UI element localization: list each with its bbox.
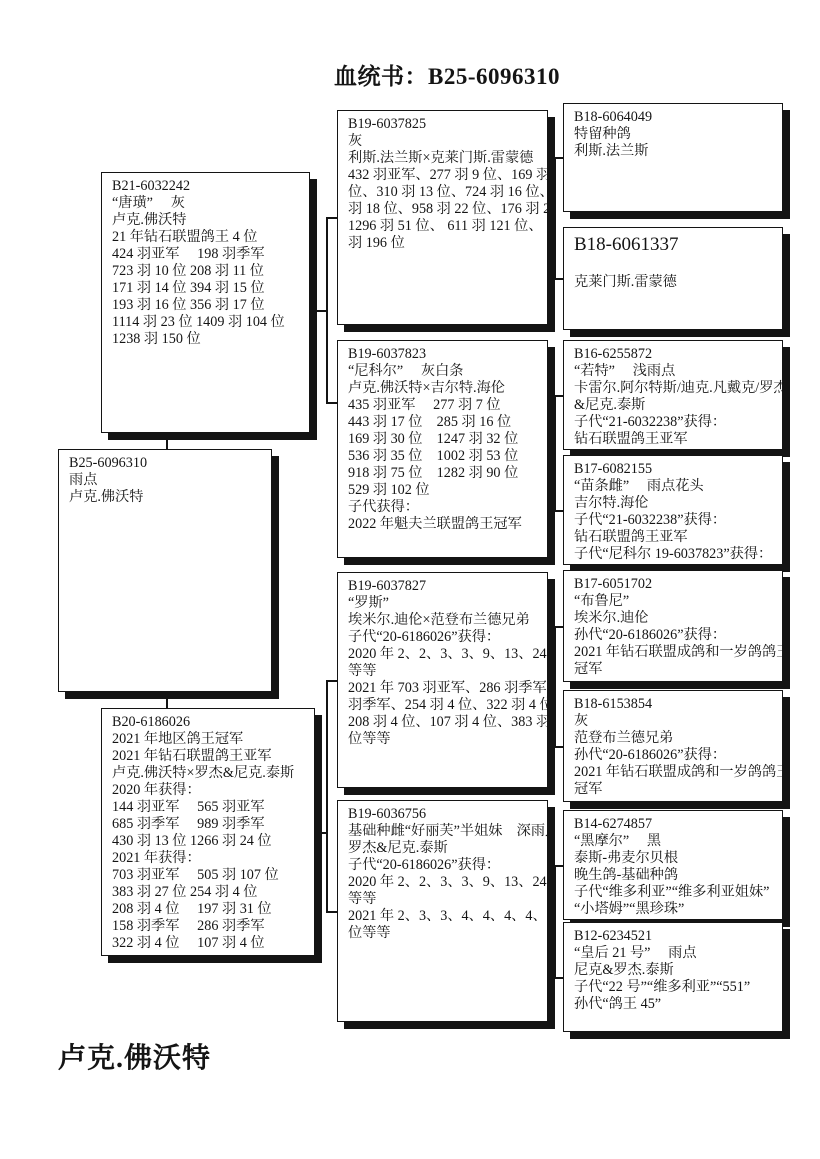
- connector-stub-sire-sire: [326, 217, 338, 219]
- box-line: 特留种鸽: [574, 126, 774, 143]
- connector-bracket-dam-side: [326, 680, 328, 913]
- ring-number: B20-6186026: [112, 714, 306, 731]
- pedigree-box-ggp6: B18-6153854灰范登布兰德兄弟孙代“20-6186026”获得：2021…: [563, 690, 783, 802]
- connector-bracket-ggp34: [554, 395, 556, 512]
- box-line: 144 羽亚军 565 羽亚军: [112, 799, 306, 816]
- ring-number: B25-6096310: [69, 455, 263, 472]
- box-line: 193 羽 16 位 356 羽 17 位: [112, 297, 301, 314]
- box-line: “若特” 浅雨点: [574, 363, 774, 380]
- box-line: 918 羽 75 位 1282 羽 90 位: [348, 465, 539, 482]
- pedigree-box-dam-dam: B19-6036756基础种雌“好丽芙”半姐妹 深雨点罗杰&尼克.泰斯子代“20…: [337, 800, 548, 1022]
- pedigree-box-ggp7: B14-6274857“黑摩尔” 黑泰斯-弗麦尔贝根晚生鸽-基础种鸽子代“维多利…: [563, 810, 783, 920]
- pedigree-box-dam: B20-61860262021 年地区鸽王冠军2021 年钻石联盟鸽王亚军卢克.…: [101, 708, 315, 956]
- box-line: 埃米尔.迪伦: [574, 610, 774, 627]
- box-line: 子代“22 号”“维多利亚”“551”: [574, 979, 774, 996]
- box-line: “苗条雌” 雨点花头: [574, 478, 774, 495]
- box-line: 158 羽季军 286 羽季军: [112, 918, 306, 935]
- box-line: [574, 257, 774, 274]
- box-line: 536 羽 35 位 1002 羽 53 位: [348, 448, 539, 465]
- pedigree-box-sire-sire: B19-6037825灰利斯.法兰斯×克莱门斯.雷蒙德432 羽亚军、277 羽…: [337, 110, 548, 325]
- box-line: 2021 年钻石联盟成鸽和一岁鸽鸽王: [574, 644, 774, 661]
- connector-stub-ggp4: [554, 510, 564, 512]
- connector-stub-ggp8: [554, 977, 564, 979]
- box-line: 基础种雌“好丽芙”半姐妹 深雨点: [348, 823, 539, 840]
- box-line: 430 羽 13 位 1266 羽 24 位: [112, 833, 306, 850]
- box-line: 利斯.法兰斯: [574, 143, 774, 160]
- box-line: 雨点: [69, 472, 263, 489]
- box-line: 2021 年钻石联盟成鸽和一岁鸽鸽王: [574, 764, 774, 781]
- ring-number: B18-6061337: [574, 233, 774, 257]
- connector-bracket-ggp78: [554, 865, 556, 979]
- box-line: 位等等: [348, 731, 539, 748]
- box-line: “尼科尔” 灰白条: [348, 363, 539, 380]
- box-line: 2020 年获得：: [112, 782, 306, 799]
- box-line: 723 羽 10 位 208 羽 11 位: [112, 263, 301, 280]
- box-line: 685 羽季军 989 羽季军: [112, 816, 306, 833]
- pedigree-box-sire: B21-6032242“唐璜” 灰卢克.佛沃特21 年钻石联盟鸽王 4 位424…: [101, 172, 310, 433]
- pedigree-box-ggp5: B17-6051702“布鲁尼”埃米尔.迪伦孙代“20-6186026”获得：2…: [563, 570, 783, 682]
- pedigree-box-ggp4: B17-6082155“苗条雌” 雨点花头吉尔特.海伦子代“21-6032238…: [563, 455, 783, 565]
- box-line: 利斯.法兰斯×克莱门斯.雷蒙德: [348, 150, 539, 167]
- box-line: “皇后 21 号” 雨点: [574, 945, 774, 962]
- box-line: 2022 年魁夫兰联盟鸽王冠军: [348, 516, 539, 533]
- box-line: 钻石联盟鸽王亚军: [574, 529, 774, 546]
- box-line: 529 羽 102 位: [348, 482, 539, 499]
- ring-number: B18-6153854: [574, 696, 774, 713]
- box-line: 卢克.佛沃特×罗杰&尼克.泰斯: [112, 765, 306, 782]
- box-line: 169 羽 30 位 1247 羽 32 位: [348, 431, 539, 448]
- ring-number: B21-6032242: [112, 178, 301, 195]
- connector-bracket-ggp12: [554, 157, 556, 280]
- box-line: 子代“尼科尔 19-6037823”获得：: [574, 546, 774, 563]
- connector-stub-ggp6: [554, 746, 564, 748]
- box-line: “布鲁尼”: [574, 593, 774, 610]
- box-line: 子代“21-6032238”获得：: [574, 512, 774, 529]
- box-line: 灰: [348, 133, 539, 150]
- pedigree-box-dam-sire: B19-6037827“罗斯”埃米尔.迪伦×范登布兰德兄弟子代“20-61860…: [337, 572, 548, 788]
- box-line: 克莱门斯.雷蒙德: [574, 274, 774, 291]
- connector-stub-ggp7: [554, 865, 564, 867]
- box-line: 2020 年 2、2、3、3、9、13、24 位: [348, 874, 539, 891]
- connector-stub-sire-dam: [326, 402, 338, 404]
- connector-stub-dam-sire: [326, 680, 338, 682]
- box-line: 432 羽亚军、277 羽 9 位、169 羽 11: [348, 167, 539, 184]
- pedigree-box-ggp8: B12-6234521“皇后 21 号” 雨点尼克&罗杰.泰斯子代“22 号”“…: [563, 922, 783, 1032]
- box-line: 罗杰&尼克.泰斯: [348, 840, 539, 857]
- pedigree-box-subject: B25-6096310雨点卢克.佛沃特: [58, 449, 272, 692]
- box-line: 443 羽 17 位 285 羽 16 位: [348, 414, 539, 431]
- box-line: 等等: [348, 663, 539, 680]
- box-line: 泰斯-弗麦尔贝根: [574, 850, 774, 867]
- box-line: 冠军: [574, 781, 774, 798]
- connector-subject-dam: [166, 691, 168, 709]
- box-line: 2020 年 2、2、3、3、9、13、24 位: [348, 646, 539, 663]
- box-line: 羽 196 位: [348, 235, 539, 252]
- box-line: 卢克.佛沃特×吉尔特.海伦: [348, 380, 539, 397]
- ring-number: B16-6255872: [574, 346, 774, 363]
- ring-number: B17-6051702: [574, 576, 774, 593]
- box-line: 424 羽亚军 198 羽季军: [112, 246, 301, 263]
- box-line: 208 羽 4 位、107 羽 4 位、383 羽 27: [348, 714, 539, 731]
- box-line: 钻石联盟鸽王亚军: [574, 431, 774, 448]
- box-line: “黑摩尔” 黑: [574, 833, 774, 850]
- ring-number: B19-6036756: [348, 806, 539, 823]
- box-line: 子代“20-6186026”获得：: [348, 857, 539, 874]
- box-line: 埃米尔.迪伦×范登布兰德兄弟: [348, 612, 539, 629]
- ring-number: B14-6274857: [574, 816, 774, 833]
- pedigree-box-ggp2: B18-6061337 克莱门斯.雷蒙德: [563, 227, 783, 330]
- box-line: 灰: [574, 713, 774, 730]
- box-line: 2021 年钻石联盟鸽王亚军: [112, 748, 306, 765]
- box-line: 羽 18 位、958 羽 22 位、176 羽 23 位、: [348, 201, 539, 218]
- box-line: 晚生鸽-基础种鸽: [574, 867, 774, 884]
- box-line: 冠军: [574, 661, 774, 678]
- ring-number: B19-6037825: [348, 116, 539, 133]
- box-line: 171 羽 14 位 394 羽 15 位: [112, 280, 301, 297]
- ring-number: B19-6037823: [348, 346, 539, 363]
- pedigree-box-ggp3: B16-6255872“若特” 浅雨点卡雷尔.阿尔特斯/迪克.凡戴克/罗杰&尼克…: [563, 340, 783, 450]
- box-line: 322 羽 4 位 107 羽 4 位: [112, 935, 306, 952]
- pedigree-box-ggp1: B18-6064049特留种鸽利斯.法兰斯: [563, 103, 783, 212]
- box-line: 2021 年 703 羽亚军、286 羽季军、158: [348, 680, 539, 697]
- box-line: “小塔姆”“黑珍珠”: [574, 901, 774, 918]
- box-line: 2021 年 2、3、3、4、4、4、4、27: [348, 908, 539, 925]
- box-line: 孙代“鸽王 45”: [574, 996, 774, 1013]
- ring-number: B17-6082155: [574, 461, 774, 478]
- box-line: 尼克&罗杰.泰斯: [574, 962, 774, 979]
- box-line: 卢克.佛沃特: [69, 489, 263, 506]
- ring-number: B12-6234521: [574, 928, 774, 945]
- box-line: &尼克.泰斯: [574, 397, 774, 414]
- box-line: 羽季军、254 羽 4 位、322 羽 4 位、: [348, 697, 539, 714]
- box-line: 吉尔特.海伦: [574, 495, 774, 512]
- box-line: 1114 羽 23 位 1409 羽 104 位: [112, 314, 301, 331]
- box-line: “罗斯”: [348, 595, 539, 612]
- box-line: 卡雷尔.阿尔特斯/迪克.凡戴克/罗杰: [574, 380, 774, 397]
- box-line: 2021 年获得：: [112, 850, 306, 867]
- connector-stub-ggp5: [554, 626, 564, 628]
- pedigree-page: 血统书：B25-6096310 B21-6032242“唐璜” 灰卢克.佛沃特2…: [0, 0, 820, 1159]
- box-line: 21 年钻石联盟鸽王 4 位: [112, 229, 301, 246]
- connector-stub-ggp1: [554, 157, 564, 159]
- connector-stub-ggp2: [554, 278, 564, 280]
- connector-stub-dam-dam: [326, 911, 338, 913]
- box-line: 1296 羽 51 位、 611 羽 121 位、 1274: [348, 218, 539, 235]
- ring-number: B19-6037827: [348, 578, 539, 595]
- pedigree-box-sire-dam: B19-6037823“尼科尔” 灰白条卢克.佛沃特×吉尔特.海伦435 羽亚军…: [337, 340, 548, 558]
- box-line: 等等: [348, 891, 539, 908]
- box-line: 子代“维多利亚”“维多利亚姐妹”: [574, 884, 774, 901]
- box-line: 孙代“20-6186026”获得：: [574, 747, 774, 764]
- ring-number: B18-6064049: [574, 109, 774, 126]
- box-line: 卢克.佛沃特: [112, 212, 301, 229]
- box-line: 范登布兰德兄弟: [574, 730, 774, 747]
- connector-sire-subject: [166, 433, 168, 450]
- box-line: 383 羽 27 位 254 羽 4 位: [112, 884, 306, 901]
- box-line: 208 羽 4 位 197 羽 31 位: [112, 901, 306, 918]
- box-line: 1238 羽 150 位: [112, 331, 301, 348]
- box-line: 位等等: [348, 925, 539, 942]
- document-title: 血统书：B25-6096310: [334, 58, 560, 91]
- box-line: “唐璜” 灰: [112, 195, 301, 212]
- box-line: 子代获得：: [348, 499, 539, 516]
- box-line: 2021 年地区鸽王冠军: [112, 731, 306, 748]
- box-line: 子代“21-6032238”获得：: [574, 414, 774, 431]
- box-line: 703 羽亚军 505 羽 107 位: [112, 867, 306, 884]
- connector-bracket-sire-side: [326, 217, 328, 404]
- breeder-name: 卢克.佛沃特: [58, 1036, 211, 1076]
- connector-stub-ggp3: [554, 395, 564, 397]
- box-line: 子代“20-6186026”获得：: [348, 629, 539, 646]
- box-line: 孙代“20-6186026”获得：: [574, 627, 774, 644]
- connector-bracket-ggp56: [554, 626, 556, 748]
- box-line: 位、310 羽 13 位、724 羽 16 位、105: [348, 184, 539, 201]
- box-line: 435 羽亚军 277 羽 7 位: [348, 397, 539, 414]
